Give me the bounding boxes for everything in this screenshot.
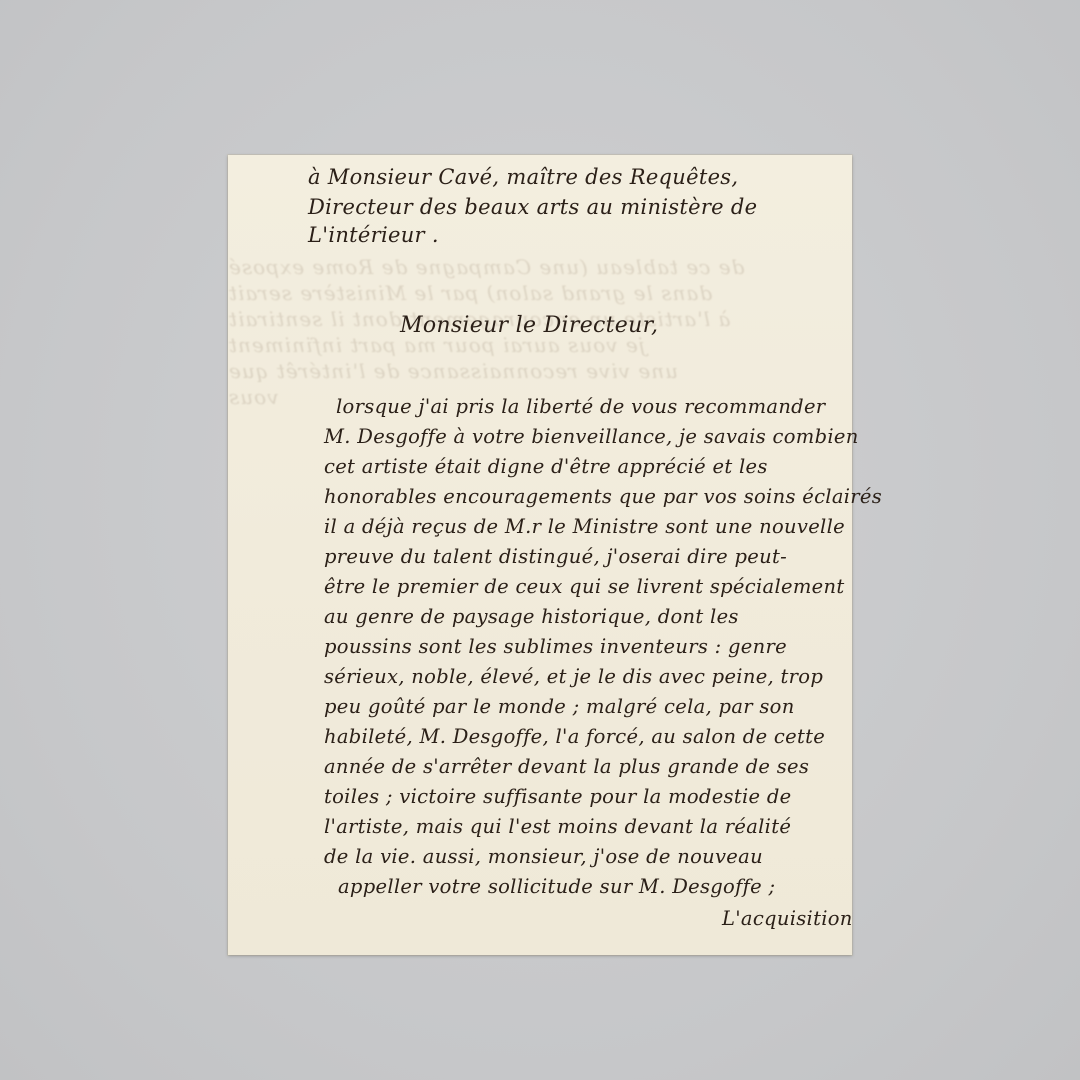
bleed-through-line: vous — [228, 385, 278, 409]
body-line: toiles ; victoire suffisante pour la mod… — [324, 785, 791, 808]
body-line: lorsque j'ai pris la liberté de vous rec… — [336, 395, 825, 418]
address-line: Directeur des beaux arts au ministère de — [308, 195, 757, 219]
letter-sheet: de ce tableau (une Campagne de Rome expo… — [228, 155, 852, 955]
body-line: l'artiste, mais qui l'est moins devant l… — [324, 815, 791, 838]
body-line: preuve du talent distingué, j'oserai dir… — [324, 545, 787, 568]
body-line: honorables encouragements que par vos so… — [324, 485, 882, 508]
salutation: Monsieur le Directeur, — [400, 313, 658, 338]
body-line: être le premier de ceux qui se livrent s… — [324, 575, 844, 598]
body-line: appeller votre sollicitude sur M. Desgof… — [338, 875, 775, 898]
body-line: poussins sont les sublimes inventeurs : … — [324, 635, 787, 658]
address-line: à Monsieur Cavé, maître des Requêtes, — [308, 165, 738, 189]
bleed-through-line: une vive reconnaissance de l'intérêt que — [228, 359, 678, 383]
body-line: de la vie. aussi, monsieur, j'ose de nou… — [324, 845, 763, 868]
body-line: M. Desgoffe à votre bienveillance, je sa… — [324, 425, 859, 448]
body-line: année de s'arrêter devant la plus grande… — [324, 755, 809, 778]
bleed-through-line: dans le grand salon) par le Ministère se… — [228, 281, 712, 305]
bleed-through-line: de ce tableau (une Campagne de Rome expo… — [228, 255, 744, 279]
address-line: L'intérieur . — [308, 223, 439, 247]
body-line: peu goûté par le monde ; malgré cela, pa… — [324, 695, 795, 718]
body-line: il a déjà reçus de M.r le Ministre sont … — [324, 515, 845, 538]
catchword: L'acquisition — [722, 907, 853, 930]
body-line: au genre de paysage historique, dont les — [324, 605, 739, 628]
body-line: habileté, M. Desgoffe, l'a forcé, au sal… — [324, 725, 825, 748]
body-line: sérieux, noble, élevé, et je le dis avec… — [324, 665, 823, 688]
body-line: cet artiste était digne d'être apprécié … — [324, 455, 768, 478]
